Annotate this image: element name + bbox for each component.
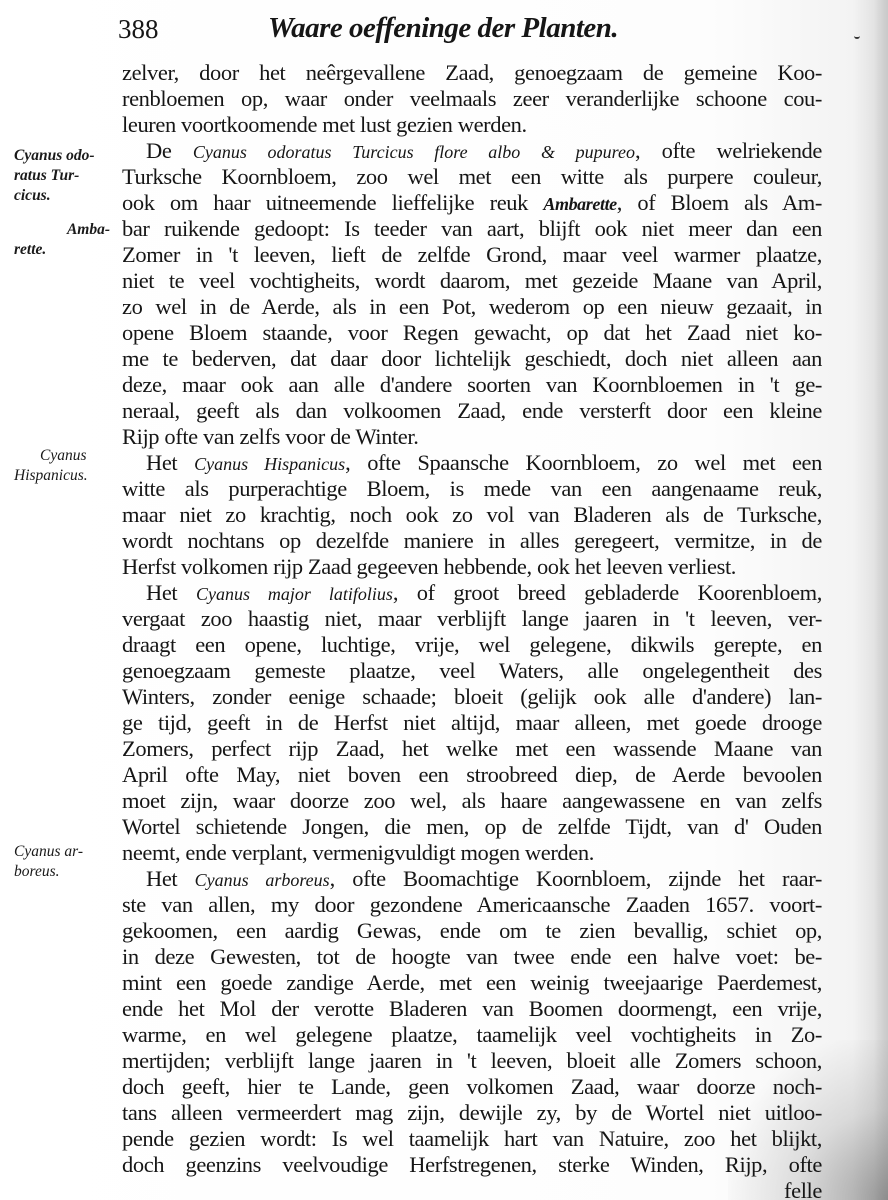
text-line: leuren voortkoomende met lust gezien wer…: [122, 112, 822, 138]
text-line: bar ruikende gedoopt: Is teeder van aart…: [122, 216, 822, 242]
page-header: 388 Waare oeffeninge der Planten.: [118, 8, 678, 52]
latin-term: Ambarette: [543, 194, 616, 214]
margin-note-cyanus-arboreus: Cyanus ar- boreus.: [14, 842, 114, 882]
text-segment: De: [146, 138, 193, 163]
text-line: warme, en wel gelegene plaatze, taamelij…: [122, 1022, 822, 1048]
margin-note-ambarette: Amba- rette.: [14, 220, 114, 260]
text-segment: , of Bloem als Am-: [617, 190, 822, 215]
text-line: zelver, door het neêrgevallene Zaad, gen…: [122, 60, 822, 86]
text-line: renbloemen op, waar onder veelmaals zeer…: [122, 86, 822, 112]
text-segment: , of groot breed gebladerde Koorenbloem,: [393, 580, 822, 605]
text-line: April ofte May, niet boven een stroobree…: [122, 762, 822, 788]
latin-term: Cyanus arboreus: [195, 870, 330, 890]
text-line: witte als purperachtige Bloem, is mede v…: [122, 476, 822, 502]
margin-note-line: Hispanicus.: [14, 466, 120, 486]
text-segment: , ofte Boomachtige Koornbloem, zijnde he…: [330, 866, 822, 891]
text-line: ook om haar uitneemende lieffelijke reuk…: [122, 190, 822, 216]
text-line: Zomer in 't leeven, lieft de zelfde Gron…: [122, 242, 822, 268]
margin-note-line: Cyanus ar-: [14, 842, 114, 862]
margin-note-line: Cyanus: [30, 446, 120, 466]
running-title: Waare oeffeninge der Planten.: [268, 12, 618, 45]
text-line: Winters, zonder eenige schaade; bloeit (…: [122, 684, 822, 710]
margin-note-line: boreus.: [14, 862, 114, 882]
text-line: opene Bloem staande, voor Regen gewacht,…: [122, 320, 822, 346]
text-line: ste van allen, my door gezondene America…: [122, 892, 822, 918]
text-line: Herfst volkomen rijp Zaad gegeeven hebbe…: [122, 554, 822, 580]
margin-note-cyanus-odoratus: Cyanus odo- ratus Tur- cicus.: [14, 146, 114, 206]
body-text: zelver, door het neêrgevallene Zaad, gen…: [122, 60, 822, 1200]
text-line: neraal, geeft als dan volkoomen Zaad, en…: [122, 398, 822, 424]
text-line: zo wel in de Aerde, als in een Pot, wede…: [122, 294, 822, 320]
text-line: maar niet zo krachtig, noch ook zo vol v…: [122, 502, 822, 528]
text-line: draagt een opene, luchtige, vrije, wel g…: [122, 632, 822, 658]
text-line: Wortel schietende Jongen, die men, op de…: [122, 814, 822, 840]
page-edge-shadow: [874, 0, 888, 1200]
text-line: ge tijd, geeft in de Herfst niet altijd,…: [122, 710, 822, 736]
text-line: wordt nochtans op dezelfde maniere in al…: [122, 528, 822, 554]
text-line: vergaat zoo haastig niet, maar verblijft…: [122, 606, 822, 632]
text-line: genoegzaam gemeste plaatze, veel Waters,…: [122, 658, 822, 684]
text-segment: Het: [146, 580, 196, 605]
text-segment: Het: [146, 866, 195, 891]
ink-mark: [854, 34, 860, 39]
margin-note-line: Amba-: [14, 220, 114, 240]
margin-note-cyanus-hispanicus: Cyanus Hispanicus.: [30, 446, 120, 486]
text-line: gekoomen, een aardig Gewas, ende om te z…: [122, 918, 822, 944]
book-page: 388 Waare oeffeninge der Planten. Cyanus…: [0, 0, 888, 1200]
text-segment: Het: [146, 450, 194, 475]
page-number: 388: [118, 14, 159, 45]
text-segment: , ofte Spaansche Koornbloem, zo wel met …: [345, 450, 822, 475]
text-line: me te bederven, dat daar door lichtelijk…: [122, 346, 822, 372]
text-line: pende gezien wordt: Is wel taamelijk har…: [122, 1126, 822, 1152]
margin-note-line: rette.: [14, 240, 114, 260]
margin-note-line: Cyanus odo-: [14, 146, 114, 166]
catchword: felle: [122, 1178, 822, 1200]
margin-note-line: cicus.: [14, 186, 114, 206]
latin-term: Cyanus odoratus Turcicus flore albo & pu…: [193, 142, 635, 162]
text-line: Het Cyanus Hispanicus, ofte Spaansche Ko…: [122, 450, 822, 476]
text-line: Zomers, perfect rijp Zaad, het welke met…: [122, 736, 822, 762]
text-line: mint een goede zandige Aerde, met een we…: [122, 970, 822, 996]
text-line: niet te veel vochtigheits, wordt daarom,…: [122, 268, 822, 294]
text-line: moet zijn, waar doorze zoo wel, als haar…: [122, 788, 822, 814]
text-line: in deze Gewesten, tot de hoogte van twee…: [122, 944, 822, 970]
text-line: mertijden; verblijft lange jaaren in 't …: [122, 1048, 822, 1074]
text-line: De Cyanus odoratus Turcicus flore albo &…: [122, 138, 822, 164]
text-line: tans alleen vermeerdert mag zijn, dewijl…: [122, 1100, 822, 1126]
text-line: Turksche Koornbloem, zoo wel met een wit…: [122, 164, 822, 190]
text-line: doch geeft, hier te Lande, geen volkomen…: [122, 1074, 822, 1100]
margin-note-line: ratus Tur-: [14, 166, 114, 186]
text-line: ende het Mol der verotte Bladeren van Bo…: [122, 996, 822, 1022]
text-line: neemt, ende verplant, vermenigvuldigt mo…: [122, 840, 822, 866]
latin-term: Cyanus major latifolius: [196, 584, 393, 604]
text-segment: ook om haar uitneemende lieffelijke reuk: [122, 190, 543, 215]
text-line: deze, maar ook aan alle d'andere soorten…: [122, 372, 822, 398]
text-line: Het Cyanus major latifolius, of groot br…: [122, 580, 822, 606]
text-segment: , ofte welriekende: [635, 138, 822, 163]
latin-term: Cyanus Hispanicus: [194, 454, 345, 474]
text-line: Rijp ofte van zelfs voor de Winter.: [122, 424, 822, 450]
text-line: doch geenzins veelvoudige Herfstregenen,…: [122, 1152, 822, 1178]
text-line: Het Cyanus arboreus, ofte Boomachtige Ko…: [122, 866, 822, 892]
